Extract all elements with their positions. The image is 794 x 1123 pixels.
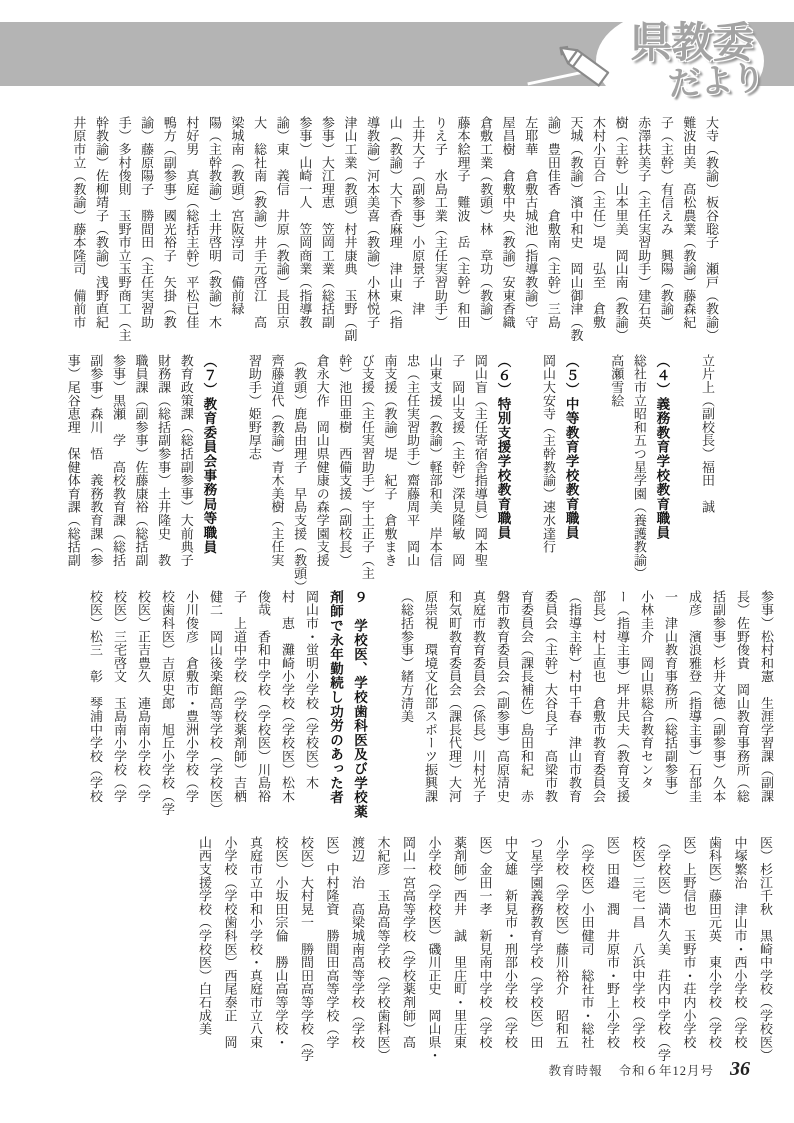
text-column: 諭）豊田佳香 倉敷南（主幹）三島 bbox=[541, 116, 564, 354]
text-column: 岡山大安寺（主幹教諭）速水達行 bbox=[536, 354, 559, 592]
text-column: 村好男 真庭（総括主幹）平松已佳 bbox=[180, 116, 203, 354]
text-column: 渡辺 治 高梁城南高等学校（学校 bbox=[345, 836, 371, 1078]
magazine-title: 教育時報 bbox=[548, 1061, 602, 1079]
text-column: 医）金田一孝 新見南中学校（学校 bbox=[472, 836, 498, 1078]
text-column: 校医）正吉豊久 連島南小学校（学 bbox=[131, 590, 155, 832]
text-column: 中塚繁治 津山市・西小学校（学校 bbox=[727, 836, 753, 1078]
text-column: 鴨方（副参事）國光裕子 矢掛（教 bbox=[157, 116, 180, 354]
logo-text-line2: だより bbox=[667, 61, 765, 101]
text-column: 小林圭介 岡山県総合教育センタ bbox=[634, 590, 658, 832]
text-column: 医）田邉 潤 井原市・野上小学校 bbox=[600, 836, 626, 1078]
text-column: 幹）池田亜樹 西備支援（副校長） bbox=[333, 354, 356, 592]
text-column: 一 津山教育事務所（総括副参事） bbox=[658, 590, 682, 832]
text-column: 立片上（副校長）福田 誠 bbox=[695, 354, 718, 592]
section-heading: （４）義務教育学校教育職員 bbox=[650, 354, 673, 592]
text-column: 教育政策課（総括副参事）大前典子 bbox=[174, 354, 197, 592]
text-column: 陽（主幹教諭）土井啓明（教諭）木 bbox=[202, 116, 225, 354]
text-column: 中文雄 新見市・刑部小学校（学校 bbox=[498, 836, 524, 1078]
text-column: 子 岡山支援（主幹）深見隆敏 岡 bbox=[446, 354, 469, 592]
text-column: 校医）三宅一昌 八浜中学校（学校 bbox=[625, 836, 651, 1078]
text-column: 樹（主幹）山本里美 岡山南（教諭） bbox=[609, 116, 632, 354]
text-column: 俊哉 香和中学校（学校医）川島裕 bbox=[251, 590, 275, 832]
text-column: （総括参事）緒方清美 bbox=[394, 590, 418, 832]
text-column: 校歯科医）吉原史郎 旭丘小学校（学 bbox=[155, 590, 179, 832]
text-column: 真庭市立中和小学校・真庭市立八束 bbox=[243, 836, 269, 1078]
text-column: 津山工業（教頭）村井康典 玉野（副 bbox=[338, 116, 361, 354]
text-column: （指導主幹）村中千春 津山市教育 bbox=[562, 590, 586, 832]
text-column: （学校医）小田健司 総社市・総社 bbox=[574, 836, 600, 1078]
text-column: 屋昌樹 倉敷中央（教諭）安東香織 bbox=[496, 116, 519, 354]
text-column: 事）尾谷恵理 保健体育課（総括副 bbox=[61, 354, 84, 592]
text-column: 土井大子（副参事）小原景子 津 bbox=[406, 116, 429, 354]
text-column: 子 上道中学校（学校薬剤師）吉栖 bbox=[227, 590, 251, 832]
section-heading: （６）特別支援学校教育職員 bbox=[491, 354, 514, 592]
text-band-3: 参事）松村和憲 生涯学習課（副課長）佐野俊貴 岡山教育事務所（総括副参事）杉井文… bbox=[83, 590, 778, 832]
text-column: 赤澤扶美子（主任実習助手）建石英 bbox=[632, 116, 655, 354]
pencil-icon bbox=[548, 36, 614, 92]
text-column: び支援（主任実習助手）宇土正子（主 bbox=[355, 354, 378, 592]
text-column: つ星学園義務教育学校（学校医）田 bbox=[523, 836, 549, 1078]
text-column: 部長）村上直也 倉敷市教育委員会 bbox=[586, 590, 610, 832]
text-column: 括副参事）杉井文徳（副参事）久本 bbox=[706, 590, 730, 832]
text-column: 歯科医）藤田元英 東小学校（学校 bbox=[702, 836, 728, 1078]
issue-label: 令和６年12月号 bbox=[618, 1061, 714, 1079]
text-column: 小学校（学校医）藤川裕介 昭和五 bbox=[549, 836, 575, 1078]
text-column: 医）中村隆資 勝間田高等学校（学 bbox=[319, 836, 345, 1078]
text-column: 薬剤師）西井 誠 里庄町・里庄東 bbox=[447, 836, 473, 1078]
text-column: 校医）小坂田宗倫 勝山高等学校・ bbox=[268, 836, 294, 1078]
text-column: ー（指導主事）坪井民夫（教育支援 bbox=[610, 590, 634, 832]
text-column: 校医）三宅啓文 玉島南小学校（学 bbox=[107, 590, 131, 832]
text-column: 子（主幹）有信えみ 興陽（教諭） bbox=[654, 116, 677, 354]
text-column: 大 総社南（教諭）井手元啓江 高 bbox=[248, 116, 271, 354]
text-column: （学校医）満木久美 荘内中学校（学 bbox=[651, 836, 677, 1078]
text-column: 高瀬雪絵 bbox=[605, 354, 628, 592]
text-column: 倉永大作 岡山県健康の森学園支援 bbox=[310, 354, 333, 592]
text-column: 校医）松三 彰 琴浦中学校（学校 bbox=[83, 590, 107, 832]
section-heading: 剤師で永年勤続し功労のあった者 bbox=[323, 590, 347, 832]
text-column: 真庭市教育委員会（係長）川村光子 bbox=[466, 590, 490, 832]
text-column: 岡山市・蛍明小学校（学校医）木 bbox=[299, 590, 323, 832]
newsletter-page: 県教委 だより 大寺（教諭）板谷聡子 瀬戸（教諭）難波由美 高松農業（教諭）藤森… bbox=[0, 0, 794, 1123]
text-band-4: 医）杉江千秋 黒崎中学校（学校医）中塚繁治 津山市・西小学校（学校歯科医）藤田元… bbox=[192, 836, 779, 1078]
text-column: 副参事）森川 悟 義務教育課（参 bbox=[84, 354, 107, 592]
text-column: 左耶華 倉敷古城池（指導教諭）守 bbox=[519, 116, 542, 354]
text-column: 大寺（教諭）板谷聡子 瀬戸（教諭） bbox=[699, 116, 722, 354]
text-column: 忠（主任実習助手）齋藤周平 岡山 bbox=[400, 354, 423, 592]
text-column: 小学校（学校医）磯川正史 岡山県・ bbox=[421, 836, 447, 1078]
text-column: 原崇視 環境文化部スポーツ振興課 bbox=[418, 590, 442, 832]
text-column: 倉敷工業（教頭）林 章功（教諭） bbox=[473, 116, 496, 354]
text-column: 和気町教育委員会（課長代理）大河 bbox=[442, 590, 466, 832]
text-column: 長）佐野俊貴 岡山教育事務所（総 bbox=[730, 590, 754, 832]
text-column: 小学校（学校歯科医）西尾泰正 岡 bbox=[217, 836, 243, 1078]
text-column: 山西支援学校（学校医）白石成美 bbox=[192, 836, 218, 1078]
text-column: 参事）松村和憲 生涯学習課（副課 bbox=[754, 590, 778, 832]
text-column: 岡山盲（主任寄宿舎指導員）岡本聖 bbox=[468, 354, 491, 592]
text-column: 山（教諭）大下香麻理 津山東（指 bbox=[383, 116, 406, 354]
text-column: 小川俊彦 倉敷市・豊洲小学校（学 bbox=[179, 590, 203, 832]
text-column: 天城（教諭）濱中和史 岡山御津（教 bbox=[564, 116, 587, 354]
text-column: 校医）大村晃一 勝間田高等学校（学 bbox=[294, 836, 320, 1078]
section-heading: ９ 学校医、学校歯科医及び学校薬 bbox=[347, 590, 371, 832]
text-column: 岡山一宮高等学校（学校薬剤師）高 bbox=[396, 836, 422, 1078]
text-column: 参事）黒瀬 学 高校教育課（総括 bbox=[106, 354, 129, 592]
text-column: 磐市教育委員会（副参事）高原清史 bbox=[490, 590, 514, 832]
text-column: 幹教諭）佐柳靖子（教諭）浅野直紀 bbox=[89, 116, 112, 354]
text-column: 総社市立昭和五つ星学園（養護教諭） bbox=[627, 354, 650, 592]
text-column: 医）上野信也 玉野市・荘内小学校 bbox=[676, 836, 702, 1078]
text-column: 参事）大江理恵 笠岡工業（総括副 bbox=[315, 116, 338, 354]
text-column: 医）杉江千秋 黒崎中学校（学校医） bbox=[753, 836, 779, 1078]
text-band-1: 大寺（教諭）板谷聡子 瀬戸（教諭）難波由美 高松農業（教諭）藤森紀子（主幹）有信… bbox=[67, 116, 722, 354]
text-column: 成彦 濱浪雅登（指導主事）石部圭 bbox=[682, 590, 706, 832]
text-column: 藤本絵理子 難波 岳（主幹）和田 bbox=[451, 116, 474, 354]
text-column: 難波由美 高松農業（教諭）藤森紀 bbox=[677, 116, 700, 354]
text-column: 山東支援（教諭）軽部和美 岸本信 bbox=[423, 354, 446, 592]
text-column: 育委員会（課長補佐）島田和紀 赤 bbox=[514, 590, 538, 832]
text-column: 健二 岡山後楽館高等学校（学校医） bbox=[203, 590, 227, 832]
text-column: 南支援（教諭）堤 紀子 倉敷まき bbox=[378, 354, 401, 592]
text-band-2: 立片上（副校長）福田 誠（４）義務教育学校教育職員総社市立昭和五つ星学園（養護教… bbox=[61, 354, 718, 592]
text-column: 木紀彦 玉島高等学校（学校歯科医） bbox=[370, 836, 396, 1078]
text-column: 参事）山崎一人 笠岡商業（指導教 bbox=[293, 116, 316, 354]
text-column: 村 恵 灘崎小学校（学校医）松木 bbox=[275, 590, 299, 832]
section-heading: （５）中等教育学校教育職員 bbox=[559, 354, 582, 592]
text-column: 齊藤道代（教諭）青木美樹（主任実 bbox=[265, 354, 288, 592]
page-number: 36 bbox=[730, 1058, 750, 1081]
text-column: （教頭）鹿島由理子 早島支援（教頭） bbox=[288, 354, 311, 592]
text-column: 財務課（総括副参事）土井隆史 教 bbox=[152, 354, 175, 592]
text-column: 木村小百合（主任）堤 弘至 倉敷 bbox=[586, 116, 609, 354]
text-column: 井原市立（教諭）藤本隆司 備前市 bbox=[67, 116, 90, 354]
page-footer: 教育時報 令和６年12月号 36 bbox=[548, 1058, 750, 1081]
section-heading: （７）教育委員会事務局等職員 bbox=[197, 354, 220, 592]
text-column: 梁城南（教頭）宮阪淳司 備前緑 bbox=[225, 116, 248, 354]
text-column: 委員会（主幹）大谷良子 高梁市教 bbox=[538, 590, 562, 832]
text-column: 習助手）姫野厚志 bbox=[242, 354, 265, 592]
text-column: りえ子 水島工業（主任実習助手） bbox=[428, 116, 451, 354]
text-column: 手）多村俊則 玉野市立玉野商工（主 bbox=[112, 116, 135, 354]
text-column: 諭）藤原陽子 勝間田（主任実習助 bbox=[135, 116, 158, 354]
logo-text-line1: 県教委 bbox=[630, 22, 753, 64]
text-column: 諭）東 義信 井原（教諭）長田京 bbox=[270, 116, 293, 354]
text-column: 職員課（副参事）佐藤康裕（総括副 bbox=[129, 354, 152, 592]
text-column: 導教諭）河本美喜（教諭）小林悦子 bbox=[361, 116, 384, 354]
